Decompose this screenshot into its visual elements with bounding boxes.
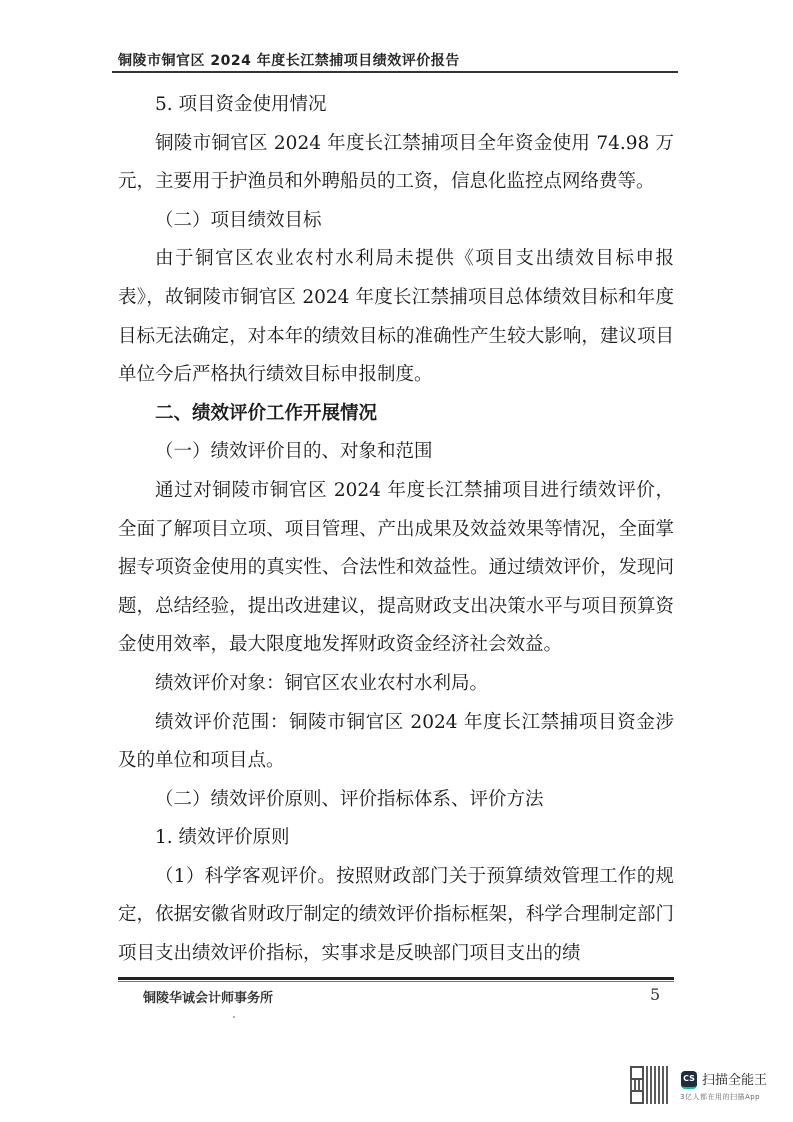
paragraph-principle-1: （1）科学客观评价。按照财政部门关于预算绩效管理工作的规定，依据安徽省财政厅制定… [118, 858, 674, 974]
subsection-heading-principles: 1. 绩效评价原则 [118, 819, 674, 858]
watermark-tagline: 3亿人都在用的扫描App [680, 1092, 760, 1102]
section-heading-fund-usage: 5. 项目资金使用情况 [118, 86, 674, 125]
qr-code-icon [630, 1066, 668, 1104]
report-body: 5. 项目资金使用情况 铜陵市铜官区 2024 年度长江禁捕项目全年资金使用 7… [118, 86, 674, 974]
paragraph-evaluation-object: 绩效评价对象：铜官区农业农村水利局。 [118, 665, 674, 704]
camscanner-logo-icon: CS [681, 1071, 697, 1089]
scan-speck [233, 1016, 235, 1018]
footer-divider-thin [118, 981, 674, 982]
section-heading-principles-methods: （二）绩效评价原则、评价指标体系、评价方法 [118, 781, 674, 820]
header-divider [112, 71, 678, 73]
section-heading-performance-goals: （二）项目绩效目标 [118, 202, 674, 241]
chapter-heading-evaluation-work: 二、绩效评价工作开展情况 [118, 395, 674, 434]
page-number: 5 [650, 985, 660, 1004]
paragraph-fund-usage: 铜陵市铜官区 2024 年度长江禁捕项目全年资金使用 74.98 万元，主要用于… [118, 125, 674, 202]
paragraph-evaluation-scope: 绩效评价范围：铜陵市铜官区 2024 年度长江禁捕项目资金涉及的单位和项目点。 [118, 704, 674, 781]
footer-divider-thick [118, 977, 674, 980]
footer-firm-name: 铜陵华诚会计师事务所 [143, 987, 273, 1006]
camscanner-watermark: CS 扫描全能王 3亿人都在用的扫描App [630, 1066, 788, 1106]
report-header-title: 铜陵市铜官区 2024 年度长江禁捕项目绩效评价报告 [118, 50, 460, 70]
paragraph-purpose: 通过对铜陵市铜官区 2024 年度长江禁捕项目进行绩效评价，全面了解项目立项、项… [118, 472, 674, 665]
paragraph-performance-goals: 由于铜官区农业农村水利局未提供《项目支出绩效目标申报表》，故铜陵市铜官区 202… [118, 240, 674, 394]
watermark-app-name: 扫描全能王 [702, 1069, 767, 1088]
section-heading-purpose-scope: （一）绩效评价目的、对象和范围 [118, 433, 674, 472]
